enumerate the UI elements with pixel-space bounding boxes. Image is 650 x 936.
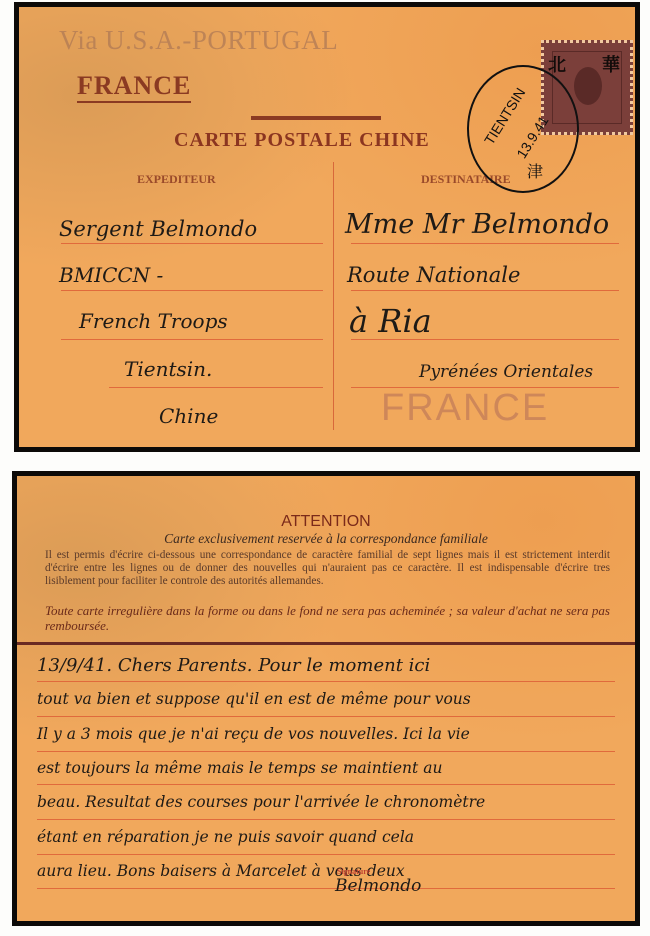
sender-line: BMICCN - <box>59 263 163 287</box>
message-line: est toujours la même mais le temps se ma… <box>37 759 442 777</box>
sender-line: Tientsin. <box>124 357 212 381</box>
writing-line <box>37 888 615 889</box>
title-rule <box>251 116 381 120</box>
recipient-line: Mme Mr Belmondo <box>345 209 609 240</box>
address-rule <box>109 387 323 388</box>
column-divider <box>333 162 334 430</box>
recipient-line: Route Nationale <box>347 263 520 287</box>
censorship-notice: Il est permis d'écrire ci-dessous une co… <box>45 549 610 589</box>
message-line: étant en réparation je ne puis savoir qu… <box>37 828 414 846</box>
address-rule <box>351 290 619 291</box>
overprint-char: 華 <box>602 51 620 77</box>
sender-label: EXPEDITEUR <box>137 172 216 187</box>
destination-country: FRANCE <box>77 71 191 103</box>
writing-line <box>37 819 615 820</box>
attention-subtitle: Carte exclusivement reservée à la corres… <box>17 531 635 547</box>
signature-label: Signature <box>337 867 370 876</box>
writing-line <box>37 784 615 785</box>
irregular-card-warning: Toute carte irregulière dans la forme ou… <box>45 603 610 633</box>
card-title: CARTE POSTALE CHINE <box>174 129 430 152</box>
writing-line <box>37 681 615 682</box>
sender-line: Chine <box>159 404 218 428</box>
postmark-chinese-city: 津 <box>527 159 543 182</box>
message-line: beau. Resultat des courses pour l'arrivé… <box>37 793 485 811</box>
address-rule <box>351 243 619 244</box>
writing-line <box>37 854 615 855</box>
writing-line <box>37 716 615 717</box>
sender-line: Sergent Belmondo <box>59 217 257 241</box>
message-line: 13/9/41. Chers Parents. Pour le moment i… <box>37 655 430 676</box>
france-handstamp: FRANCE <box>381 387 549 430</box>
signature: Belmondo <box>335 876 421 896</box>
postmark: TIENTSIN 13.9.41 津 <box>467 65 579 193</box>
address-rule <box>61 339 323 340</box>
recipient-line: Pyrénées Orientales <box>419 362 593 382</box>
attention-heading: ATTENTION <box>17 513 635 531</box>
section-divider <box>17 642 635 645</box>
recipient-line: à Ria <box>349 302 432 340</box>
message-line: tout va bien et suppose qu'il en est de … <box>37 690 471 708</box>
address-rule <box>61 290 323 291</box>
postcard-back: ATTENTION Carte exclusivement reservée à… <box>12 471 640 926</box>
routing-stamp: Via U.S.A.-PORTUGAL <box>59 25 338 56</box>
address-rule <box>61 243 323 244</box>
message-line: Il y a 3 mois que je n'ai reçu de vos no… <box>37 725 470 743</box>
stamp-portrait-icon <box>574 67 602 105</box>
sender-line: French Troops <box>79 309 228 333</box>
writing-line <box>37 751 615 752</box>
postcard-front: Via U.S.A.-PORTUGAL FRANCE CARTE POSTALE… <box>14 2 640 452</box>
postmark-date: 13.9.41 <box>513 113 551 161</box>
